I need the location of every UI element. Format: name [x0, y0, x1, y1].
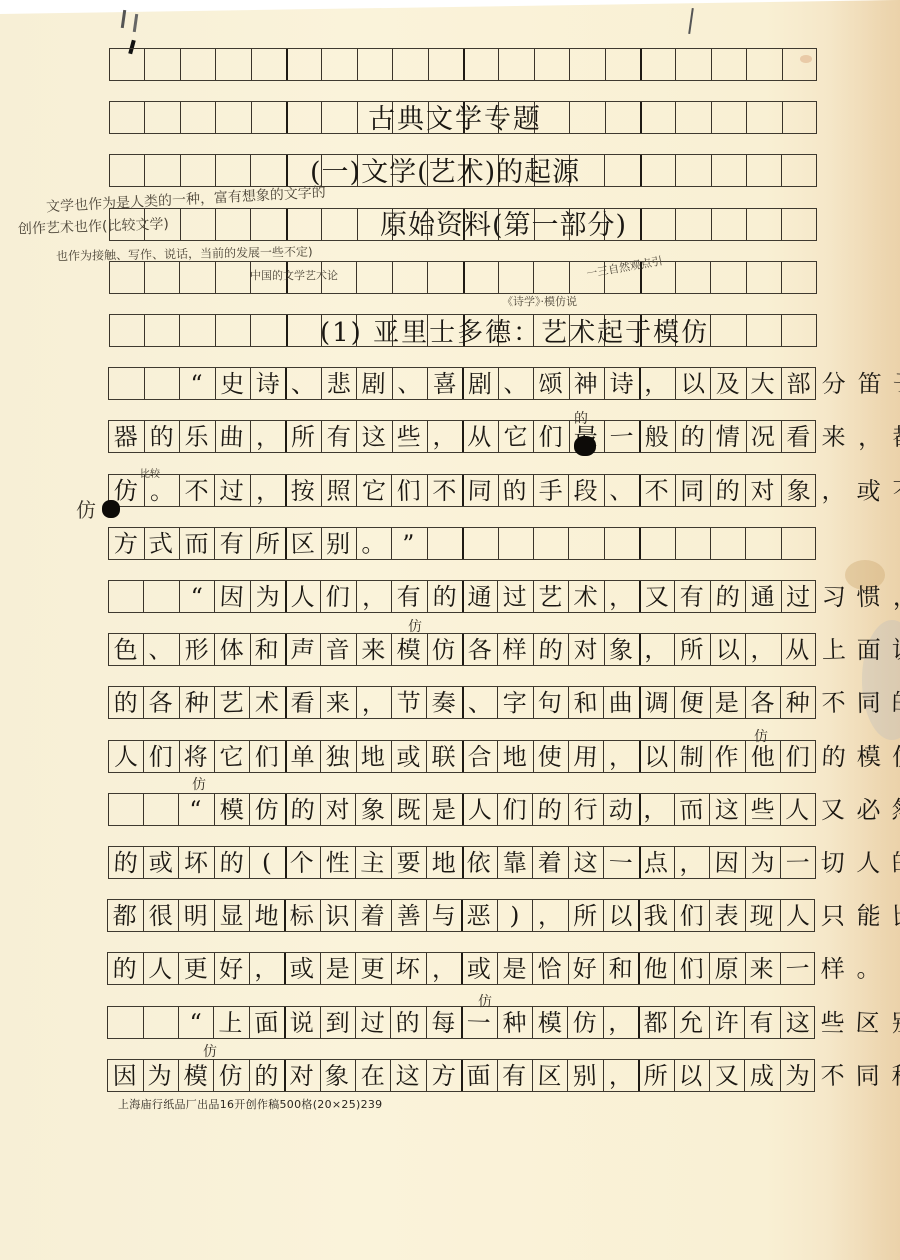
handwritten-char: 看 — [781, 423, 816, 451]
handwritten-char: 模 — [850, 742, 886, 771]
handwritten-char: 比 — [885, 901, 900, 931]
grid-cell — [746, 102, 781, 133]
manuscript-line-text: 的人更好，或是更坏，或是恰好和他们原来一样。 — [107, 955, 835, 983]
handwritten-char: “ — [178, 1009, 213, 1037]
handwritten-char: 更 — [355, 955, 391, 984]
grid-cell — [640, 102, 675, 133]
grid-cell — [215, 155, 250, 186]
handwritten-char: 或 — [461, 955, 496, 983]
handwritten-char: 将 — [178, 742, 214, 771]
handwritten-char: 的 — [886, 848, 900, 877]
grid-cell — [144, 368, 179, 399]
handwritten-char: 然 — [886, 795, 900, 824]
handwritten-char: 有 — [391, 583, 427, 612]
handwritten-char: 笛 — [851, 370, 887, 399]
handwritten-char: 和 — [603, 955, 639, 984]
handwritten-char: 样 — [497, 636, 533, 665]
grid-cell — [143, 1007, 178, 1038]
manuscript-line-text: 因为模仿的对象在这方面有区别，所以又成为不同种类的 — [107, 1062, 835, 1090]
handwritten-char: 声 — [284, 635, 321, 665]
handwritten-char: 。 — [143, 476, 179, 505]
grid-cell — [675, 49, 710, 80]
handwritten-char: 依 — [461, 848, 497, 877]
grid-cell — [569, 102, 604, 133]
grid-cell — [498, 262, 533, 293]
handwritten-char: 这 — [567, 849, 603, 878]
handwritten-char: ， — [427, 423, 463, 452]
grid-cell — [180, 102, 215, 133]
handwritten-char: ， — [602, 1061, 638, 1090]
grid-cell — [179, 262, 214, 293]
handwritten-char: 仿 — [213, 1061, 249, 1090]
handwritten-char: 区 — [850, 1008, 887, 1038]
handwritten-char: 别 — [566, 1061, 603, 1091]
grid-cell — [250, 315, 285, 346]
handwritten-char: 区 — [285, 529, 321, 558]
handwritten-char: 不 — [814, 1061, 851, 1091]
handwritten-char: 的 — [108, 689, 144, 718]
handwritten-char: 或 — [142, 848, 178, 877]
handwritten-char: 说 — [284, 1008, 320, 1037]
handwritten-char: 过 — [497, 582, 533, 611]
handwritten-char: 有 — [214, 529, 250, 558]
handwritten-char: 成 — [744, 1062, 779, 1090]
handwritten-char: 们 — [780, 742, 816, 771]
grid-cell — [675, 102, 710, 133]
handwritten-char: “ — [179, 583, 215, 612]
handwritten-char: 和 — [249, 636, 285, 665]
handwritten-char: 各 — [745, 689, 780, 717]
handwritten-char: 不 — [886, 476, 900, 505]
handwritten-char: 人 — [461, 795, 497, 824]
handwritten-char: 面 — [461, 1061, 497, 1090]
handwritten-char: 体 — [214, 636, 250, 665]
handwritten-char: 神 — [568, 370, 604, 399]
handwritten-char: 现 — [744, 901, 781, 931]
section-heading: (一)文学(艺术)的起源 — [310, 159, 580, 186]
grid-cell — [746, 155, 781, 186]
handwritten-char: 模 — [391, 636, 427, 665]
grid-cell — [107, 1007, 142, 1038]
handwritten-char: 都 — [107, 902, 143, 931]
handwritten-char: 诗 — [249, 370, 285, 399]
handwritten-char: ” — [391, 529, 428, 559]
grid-cell — [286, 209, 321, 240]
handwritten-char: 们 — [249, 742, 285, 771]
handwritten-char: 它 — [213, 742, 250, 772]
handwritten-char: 的 — [249, 1062, 284, 1090]
handwritten-char: 的 — [532, 795, 569, 825]
handwritten-char: 的 — [886, 689, 900, 718]
handwritten-char: 人 — [142, 954, 179, 984]
grid-cell — [463, 262, 498, 293]
handwritten-char: 为 — [142, 1061, 178, 1090]
handwritten-char: 这 — [390, 1061, 426, 1090]
handwritten-char: 器 — [108, 422, 145, 452]
handwritten-char: ) — [496, 901, 533, 931]
handwritten-char: 悲 — [321, 370, 357, 399]
handwritten-char: 象 — [355, 796, 390, 824]
interlinear-insertion: 仿 — [408, 620, 422, 634]
grid-cell — [640, 209, 675, 240]
handwritten-char: 们 — [673, 955, 709, 984]
handwritten-char: 识 — [320, 902, 355, 930]
interlinear-insertion: 仿 — [76, 500, 96, 520]
handwritten-char: 种 — [780, 689, 816, 718]
handwritten-char: 因 — [107, 1061, 143, 1090]
grid-cell — [143, 581, 178, 612]
handwritten-char: 艺 — [533, 583, 568, 611]
handwritten-char: 的 — [213, 848, 249, 877]
interlinear-insertion: 仿 — [478, 995, 492, 1009]
grid-cell — [534, 49, 569, 80]
handwritten-char: 段 — [568, 476, 604, 505]
grid-cell — [604, 155, 639, 186]
handwritten-char: 有 — [320, 423, 356, 452]
grid-cell — [675, 155, 710, 186]
handwritten-char: 、 — [603, 476, 640, 506]
handwritten-char: ， — [355, 689, 391, 718]
handwritten-char: 明 — [178, 902, 214, 931]
handwritten-char: 他 — [637, 954, 674, 984]
grid-cell — [144, 102, 179, 133]
handwritten-char: 又 — [639, 583, 675, 612]
handwritten-char: 面 — [248, 1008, 285, 1038]
handwritten-char: 样 — [815, 955, 851, 984]
grid-cell — [675, 262, 710, 293]
handwritten-char: 从 — [461, 422, 498, 452]
handwritten-char: 方 — [108, 529, 144, 558]
handwritten-char: 人 — [107, 742, 143, 771]
handwritten-char: 便 — [673, 688, 710, 718]
handwritten-char: 为 — [249, 582, 285, 611]
grid-cell — [675, 209, 710, 240]
handwritten-char: 所 — [638, 1061, 674, 1090]
handwritten-char: 模 — [532, 1008, 568, 1037]
handwritten-char: ， — [248, 955, 284, 984]
handwritten-char: 模 — [214, 795, 250, 824]
handwritten-char: 调 — [638, 689, 674, 718]
handwritten-char: 标 — [284, 902, 320, 931]
handwritten-char: 所 — [673, 635, 710, 665]
handwritten-char: 都 — [887, 423, 900, 452]
handwritten-char: 照 — [320, 476, 356, 505]
handwritten-char: 看 — [284, 689, 320, 718]
handwritten-char: 是 — [319, 955, 355, 984]
handwritten-char: ， — [639, 369, 676, 399]
handwritten-char: ， — [603, 742, 639, 771]
handwritten-char: 所 — [285, 423, 320, 451]
handwritten-char: ， — [851, 422, 888, 452]
handwritten-char: 人 — [779, 902, 815, 931]
handwritten-char: 以 — [674, 370, 710, 399]
handwritten-char: 别 — [320, 530, 355, 558]
handwritten-char: “ — [178, 795, 215, 825]
handwritten-char: 又 — [815, 795, 851, 824]
handwritten-char: ， — [249, 476, 286, 506]
manuscript-line-text: “模仿的对象既是人们的行动，而这些人又必然是好 — [178, 796, 835, 824]
handwritten-char: 。 — [850, 955, 886, 984]
handwritten-char: 善 — [390, 901, 427, 931]
handwritten-char: 仿 — [886, 743, 900, 771]
manuscript-line-text: 人们将它们单独地或联合地使用，以制作他们的模仿。” — [108, 743, 836, 771]
paper-imprint: 上海庙行纸品厂出品16开创作稿500格(20×25)239 — [118, 1096, 382, 1112]
manuscript-line-text: “因为人们，有的通过艺术，又有的通过习惯，用颜 — [179, 583, 836, 611]
handwritten-char: 着 — [532, 849, 568, 878]
handwritten-char: 以 — [602, 902, 638, 931]
title: 古典文学专题 — [368, 106, 542, 133]
handwritten-char: 喜 — [426, 370, 462, 399]
handwritten-char: 都 — [638, 1008, 674, 1037]
grid-cell — [286, 49, 321, 80]
manuscript-line-text: 色、形体和声音来模仿各样的对象，所以，从上面说过 — [108, 636, 836, 664]
handwritten-char: 来 — [744, 955, 780, 984]
handwritten-char: 按 — [285, 476, 321, 505]
handwritten-char: 通 — [745, 582, 781, 611]
handwritten-char: 来 — [356, 636, 391, 664]
item-heading: (1) 亚里士多德：艺术起于模仿 — [320, 320, 709, 346]
handwritten-char: 以 — [709, 636, 745, 665]
handwritten-char: 有 — [744, 1008, 781, 1038]
grid-cell — [640, 49, 675, 80]
handwritten-char: 用 — [567, 742, 604, 772]
subsection-heading: 原始资料(第一部分) — [380, 212, 627, 239]
handwritten-char: 好 — [567, 955, 603, 984]
handwritten-char: 制 — [673, 742, 709, 771]
handwritten-char: 独 — [319, 742, 356, 772]
handwritten-char: 它 — [497, 423, 533, 452]
handwritten-char: ， — [638, 795, 674, 824]
handwritten-char: 上 — [815, 636, 851, 665]
handwritten-char: 节 — [391, 689, 427, 718]
handwritten-char: 子 — [886, 369, 900, 399]
grid-cell — [711, 209, 746, 240]
grid-cell — [605, 102, 640, 133]
handwritten-char: 说 — [886, 636, 900, 665]
grid-cell — [569, 49, 604, 80]
handwritten-char: 们 — [320, 582, 356, 611]
handwritten-char: 惯 — [851, 582, 888, 612]
handwritten-char: 、 — [391, 369, 428, 399]
margin-note: 中国的文学艺术论 — [250, 270, 338, 281]
handwritten-char: 表 — [709, 902, 745, 931]
handwritten-char: 的 — [709, 476, 745, 505]
grid-cell — [144, 49, 179, 80]
handwritten-char: 分 — [816, 370, 852, 399]
grid-cell — [108, 368, 143, 399]
grid-cell — [143, 794, 178, 825]
handwritten-char: 不 — [815, 688, 852, 718]
handwritten-char: 合 — [461, 742, 498, 772]
manuscript-line-text: 方式而有所区别。” — [108, 530, 836, 558]
handwritten-char: 地 — [426, 849, 461, 877]
handwritten-char: 切 — [815, 849, 851, 878]
handwritten-char: 主 — [355, 848, 392, 878]
handwritten-char: 象 — [780, 476, 816, 505]
handwritten-char: 单 — [284, 742, 320, 771]
handwritten-char: 及 — [710, 370, 745, 398]
handwritten-char: 很 — [142, 901, 179, 931]
manuscript-line-text: 仿。不过，按照它们不同的手段、不同的对象，或不同的 — [108, 477, 836, 505]
handwritten-char: 对 — [567, 636, 603, 665]
handwritten-char: 手 — [533, 476, 569, 505]
interlinear-insertion: 仿 — [754, 730, 768, 744]
handwritten-char: 好 — [213, 955, 248, 983]
manuscript-line-text: “上面说到过的每一种模仿，都允许有这些区别，而正 — [178, 1009, 835, 1037]
handwritten-char: 乐 — [179, 423, 215, 452]
handwritten-char: 性 — [320, 849, 356, 878]
handwritten-char: 诗 — [604, 370, 640, 399]
handwritten-char: ， — [425, 955, 461, 984]
handwritten-char: 的 — [107, 848, 144, 878]
handwritten-char: 来 — [816, 423, 852, 452]
handwritten-char: 和 — [567, 688, 604, 718]
grid-cell — [108, 581, 143, 612]
handwritten-char: 过 — [354, 1008, 391, 1038]
grid-cell — [144, 155, 179, 186]
grid-cell — [710, 262, 745, 293]
grid-cell — [711, 102, 746, 133]
handwritten-char: 面 — [851, 636, 886, 664]
grid-cell — [109, 262, 144, 293]
handwritten-char: 仿 — [249, 795, 285, 824]
handwritten-char: ， — [355, 582, 392, 612]
grid-cell — [108, 794, 143, 825]
handwritten-char: 区 — [531, 1061, 567, 1090]
handwritten-char: 的 — [674, 423, 710, 452]
grid-cell — [427, 262, 462, 293]
handwritten-char: 种 — [496, 1008, 533, 1038]
handwritten-char: 颂 — [532, 369, 569, 399]
handwritten-char: 有 — [674, 583, 710, 612]
handwritten-char: 剧 — [356, 370, 392, 399]
grid-cell — [215, 315, 250, 346]
handwritten-char: 而 — [179, 529, 215, 558]
manuscript-line-text: 的各种艺术看来，节奏、字句和曲调便是各种不同的手段。 — [108, 689, 836, 717]
grid-cell — [215, 49, 250, 80]
handwritten-char: 来 — [319, 688, 356, 718]
handwritten-char: 更 — [178, 955, 214, 984]
handwritten-char: 显 — [213, 902, 249, 931]
handwritten-char: ， — [249, 423, 285, 452]
handwritten-char: 或 — [391, 743, 426, 771]
grid-cell — [746, 315, 781, 346]
handwritten-char: 是 — [496, 955, 532, 984]
handwritten-char: 我 — [638, 901, 675, 931]
grid-cell — [251, 102, 286, 133]
handwritten-char: 的 — [284, 795, 321, 825]
grid-cell — [180, 209, 215, 240]
handwritten-char: 人 — [779, 795, 816, 825]
handwritten-char: 不 — [179, 477, 214, 505]
handwritten-char: 以 — [673, 1061, 710, 1091]
handwritten-char: ， — [674, 849, 709, 877]
handwritten-char: 所 — [249, 529, 286, 559]
handwritten-char: 们 — [391, 476, 427, 505]
handwritten-char: 、 — [143, 636, 179, 665]
handwritten-char: 的 — [143, 423, 179, 452]
handwritten-char: 的 — [390, 1008, 426, 1037]
grid-cell — [746, 262, 781, 293]
grid-cell — [180, 49, 215, 80]
handwritten-char: 模 — [177, 1061, 214, 1091]
ink-blot — [574, 436, 596, 456]
handwritten-char: 在 — [355, 1061, 391, 1090]
handwritten-char: 这 — [355, 422, 392, 452]
handwritten-char: 一 — [780, 849, 816, 878]
handwritten-char: 些 — [744, 795, 780, 824]
handwritten-char: 字 — [497, 689, 532, 717]
handwritten-char: 他 — [744, 742, 780, 771]
handwritten-char: 一 — [779, 954, 816, 984]
handwritten-char: 部 — [780, 369, 817, 399]
handwritten-char: ， — [816, 476, 852, 505]
handwritten-char: ， — [602, 1008, 639, 1038]
handwritten-char: 们 — [673, 902, 709, 931]
handwritten-char: 的 — [426, 583, 462, 612]
grid-cell — [463, 49, 498, 80]
grid-cell — [144, 315, 179, 346]
handwritten-char: 点 — [638, 848, 674, 877]
handwritten-char: ( — [248, 848, 285, 878]
handwritten-char: 种 — [885, 1061, 900, 1090]
handwritten-char: 史 — [215, 370, 250, 398]
handwritten-char: 对 — [745, 476, 782, 506]
handwritten-char: 地 — [248, 901, 285, 931]
grid-cell — [746, 209, 781, 240]
interlinear-insertion: 的 — [574, 412, 588, 426]
grid-cell — [215, 262, 250, 293]
handwritten-char: 为 — [779, 1061, 815, 1090]
handwritten-char: 一 — [461, 1008, 497, 1037]
handwritten-char: 靠 — [496, 848, 533, 878]
handwritten-char: 术 — [249, 689, 284, 717]
grid-cell — [498, 49, 533, 80]
handwritten-char: 习 — [815, 582, 851, 611]
grid-cell — [109, 315, 144, 346]
handwritten-char: 方 — [425, 1061, 462, 1091]
interlinear-insertion: 仿 — [203, 1045, 217, 1059]
handwritten-char: 为 — [744, 848, 781, 878]
handwritten-char: 剧 — [462, 370, 497, 398]
grid-cell — [250, 155, 285, 186]
handwritten-char: 对 — [284, 1061, 320, 1090]
grid-cell — [782, 49, 817, 80]
handwritten-char: 原 — [709, 955, 744, 983]
manuscript-line-text: 器的乐曲，所有这些，从它们最一般的情况看来，都是模 — [108, 423, 836, 451]
handwritten-char: 象 — [319, 1061, 356, 1091]
handwritten-char: 同 — [850, 1061, 886, 1090]
grid-cell — [781, 209, 816, 240]
grid-cell — [250, 209, 285, 240]
handwritten-char: 是 — [425, 795, 462, 825]
grid-cell — [286, 102, 321, 133]
grid-cell — [215, 209, 250, 240]
handwritten-char: ， — [886, 583, 900, 612]
grid-cell — [286, 315, 321, 346]
manuscript-line-text: 都很明显地标识着善与恶)，所以我们表现人只能比实际 — [107, 902, 835, 930]
handwritten-char: 的 — [815, 742, 852, 772]
margin-note: 《诗学》·模仿说 — [502, 296, 577, 307]
handwritten-char: 人 — [285, 583, 320, 611]
grid-cell — [179, 315, 214, 346]
handwritten-char: 情 — [709, 422, 746, 452]
handwritten-char: 或 — [851, 476, 888, 506]
handwritten-char: 的 — [497, 476, 534, 506]
handwritten-char: 象 — [603, 636, 638, 664]
handwritten-char: 术 — [568, 582, 604, 611]
grid-cell — [109, 49, 144, 80]
